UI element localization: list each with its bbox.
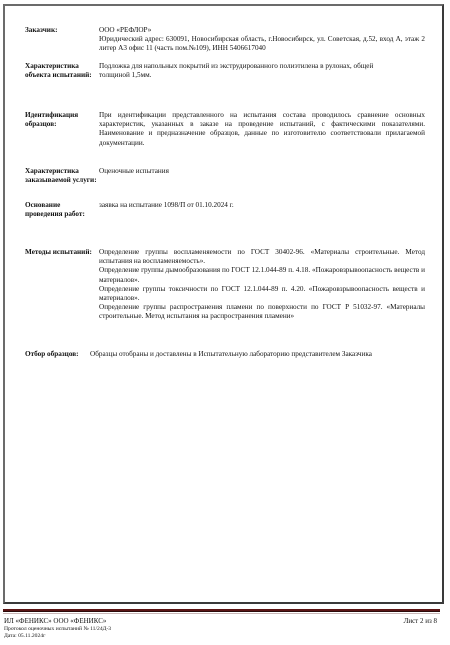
method-toxicity: Определение группы токсичности по ГОСТ 1… [99,285,425,303]
basis-text: заявка на испытание 1098/П от 01.10.2024… [99,201,425,210]
label-methods: Методы испытаний: [25,248,99,322]
label-identification: Идентификация образцов: [25,111,99,148]
value-test-object: Подложка для напольных покрытий из экстр… [99,62,425,80]
label-service: Характеристика заказываемой услуги: [25,167,99,185]
value-basis: заявка на испытание 1098/П от 01.10.2024… [99,201,425,219]
footer-org: ИЛ «ФЕНИКС» ООО «ФЕНИКС» [4,617,106,625]
service-text: Оценочные испытания [99,167,425,176]
sampling-text: Образцы отобраны и доставлены в Испытате… [90,350,425,359]
value-identification: При идентификации представленного на исп… [99,111,425,148]
value-customer: ООО «РЕФЛОР» Юридический адрес: 630091, … [99,26,425,54]
footer-divider-shadow [3,613,440,614]
label-sampling: Отбор образцов: [25,350,90,359]
row-identification: Идентификация образцов: При идентификаци… [25,111,425,148]
row-methods: Методы испытаний: Определение группы вос… [25,248,425,322]
method-flammability: Определение группы воспламеняемости по Г… [99,248,425,266]
row-sampling: Отбор образцов: Образцы отобраны и доста… [25,350,425,359]
row-service: Характеристика заказываемой услуги: Оцен… [25,167,425,185]
customer-name: ООО «РЕФЛОР» [99,26,425,35]
value-service: Оценочные испытания [99,167,425,185]
footer-protocol: Протокол оценочных испытаний № 11/24Д-3 [4,626,111,632]
method-smoke: Определение группы дымообразования по ГО… [99,266,425,284]
customer-address: Юридический адрес: 630091, Новосибирская… [99,35,425,53]
row-basis: Основание проведения работ: заявка на ис… [25,201,425,219]
identification-text: При идентификации представленного на исп… [99,111,425,148]
row-customer: Заказчик: ООО «РЕФЛОР» Юридический адрес… [25,26,425,54]
footer-date: Дата: 05.11.2024г [4,633,45,639]
test-object-text: Подложка для напольных покрытий из экстр… [99,62,389,80]
value-sampling: Образцы отобраны и доставлены в Испытате… [90,350,425,359]
value-methods: Определение группы воспламеняемости по Г… [99,248,425,322]
label-customer: Заказчик: [25,26,99,54]
label-basis: Основание проведения работ: [25,201,99,219]
footer-page-number: Лист 2 из 8 [404,617,437,625]
label-test-object: Характеристика объекта испытаний: [25,62,99,80]
row-test-object: Характеристика объекта испытаний: Подлож… [25,62,425,80]
method-flame-spread: Определение группы распространения пламе… [99,303,425,321]
footer-divider [3,609,440,612]
